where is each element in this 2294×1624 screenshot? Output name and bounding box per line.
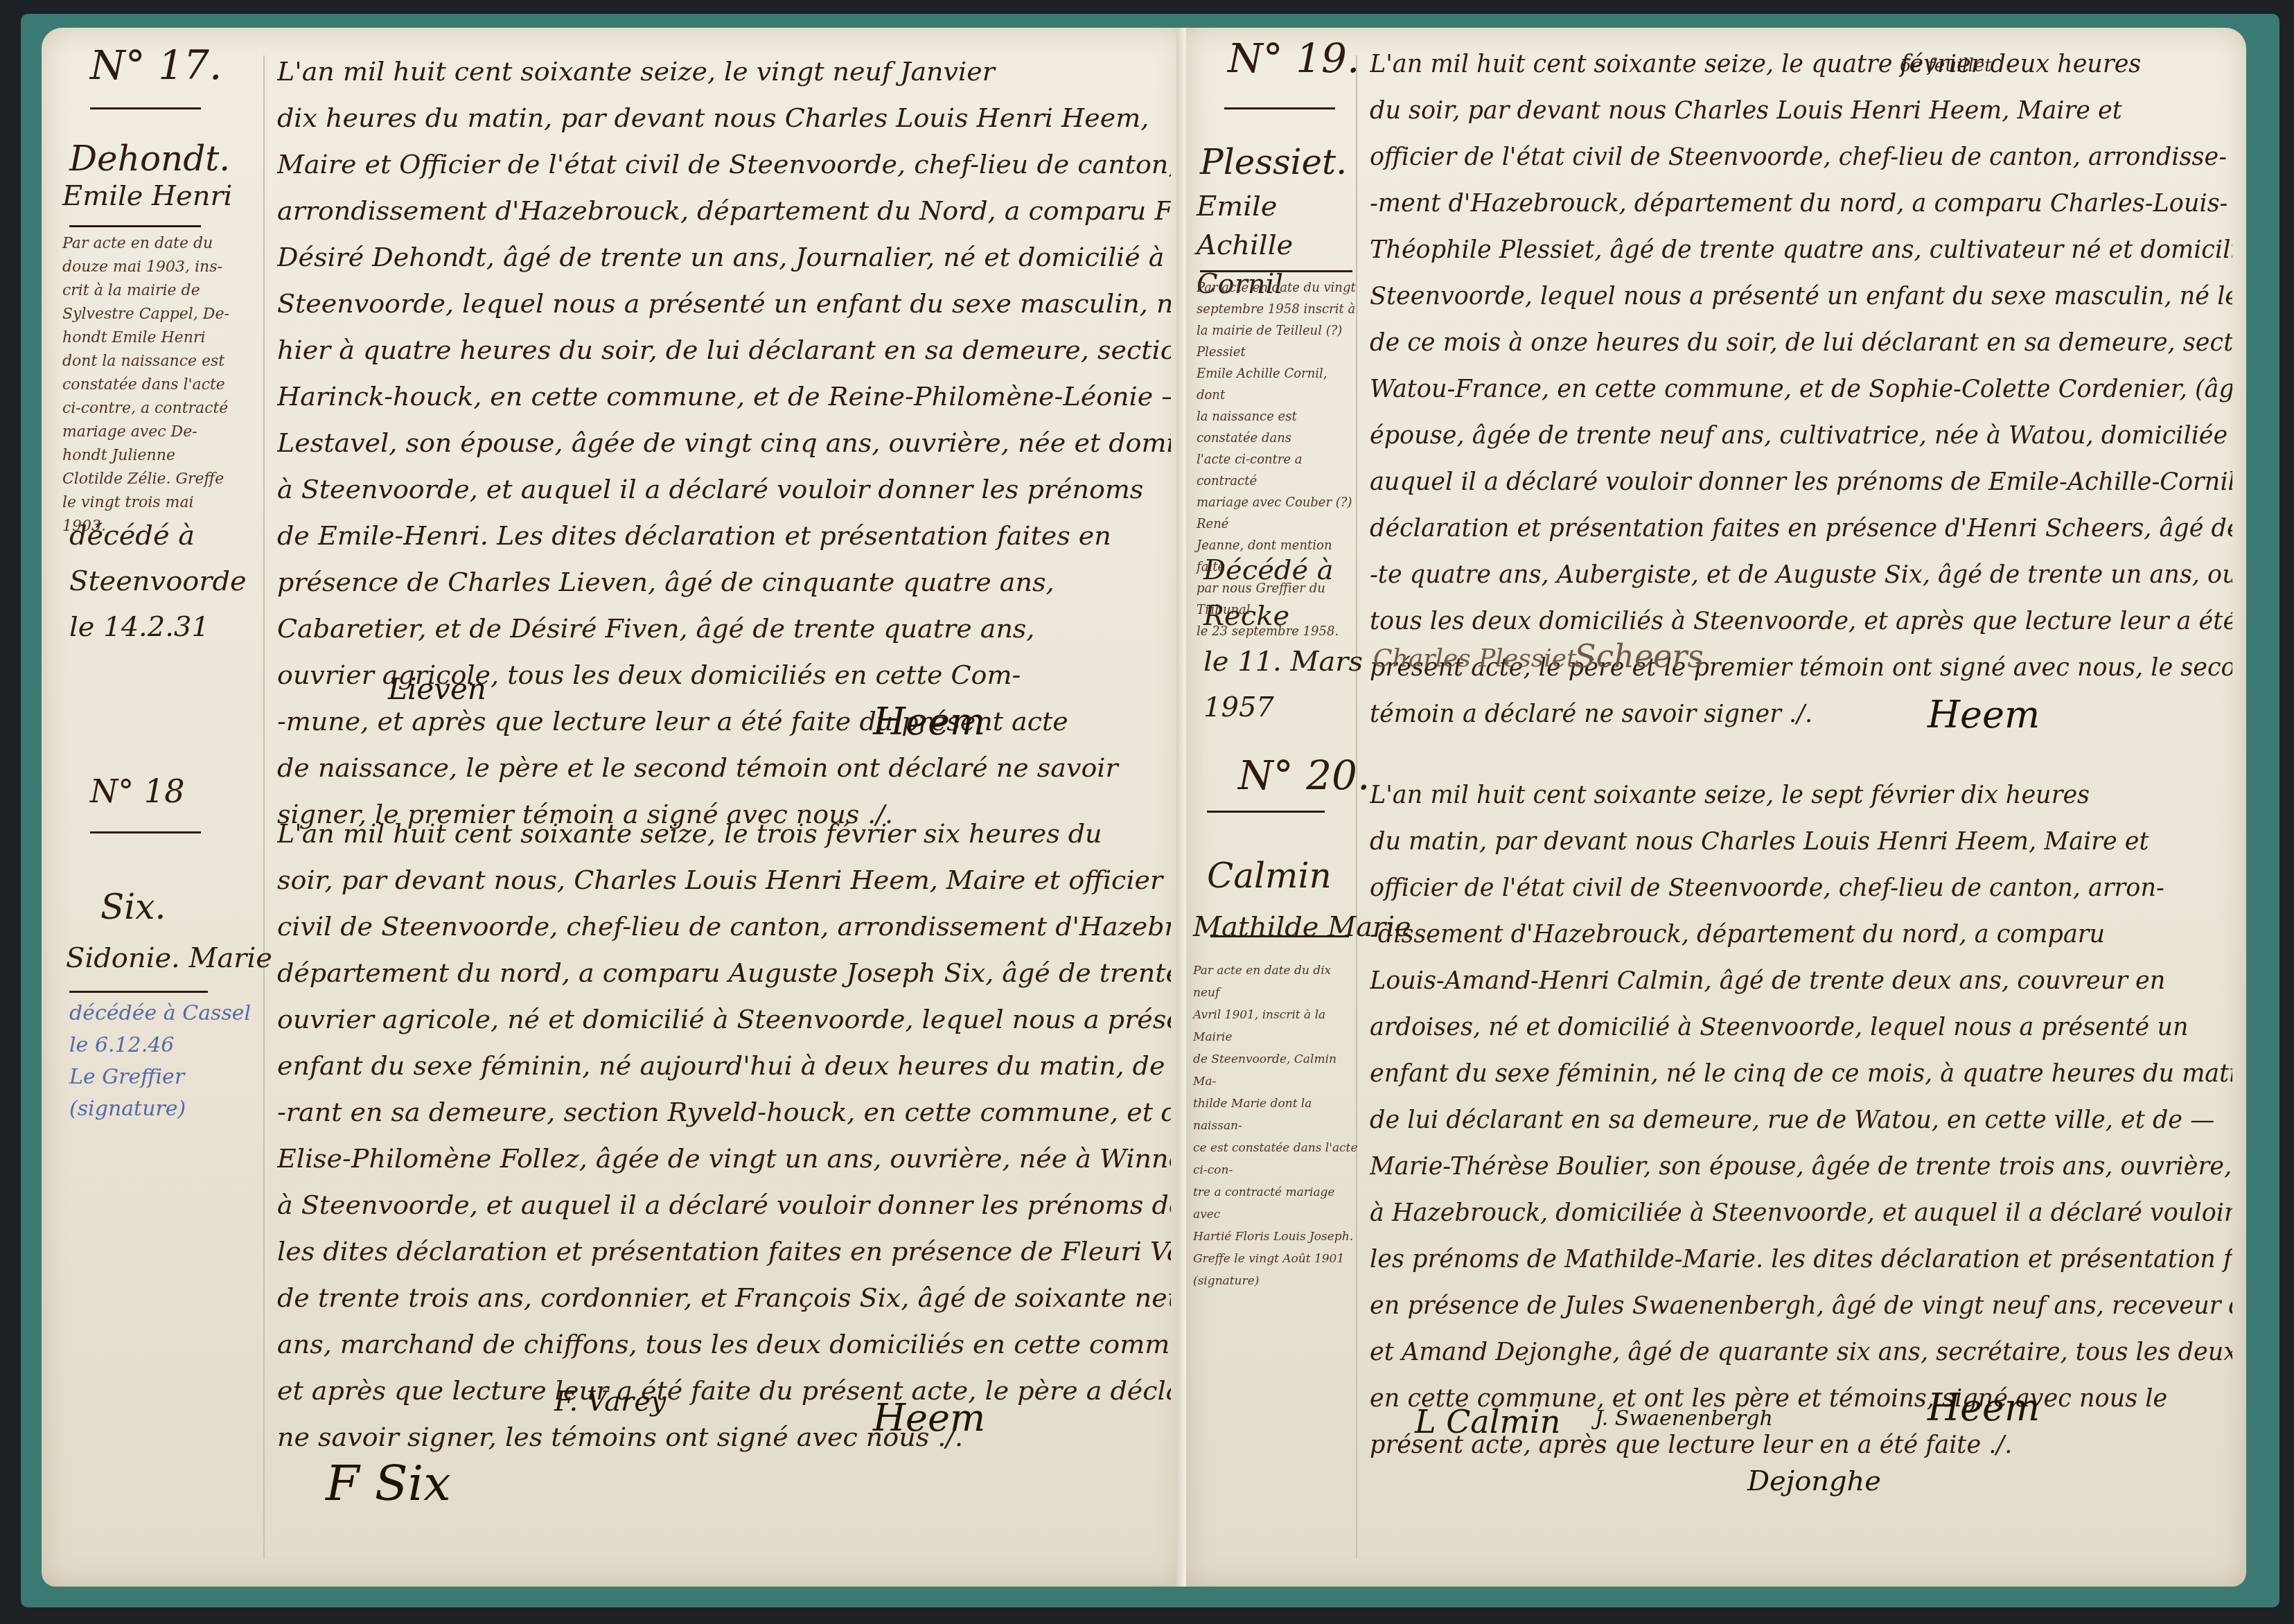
- text-line: tous les deux domiciliés à Steenvoorde, …: [1370, 599, 2232, 645]
- signature-father: Charles Plessiet: [1373, 644, 1576, 673]
- entry-20-text: L'an mil huit cent soixante seize, le se…: [1370, 773, 2232, 1469]
- signature-father: L Calmin: [1415, 1403, 1560, 1440]
- note-line: mariage avec Couber (?) René: [1197, 492, 1356, 535]
- note-line: Clotilde Zélie. Greffe: [62, 468, 249, 491]
- entry-surname: Dehondt.: [69, 139, 230, 179]
- text-line: à Hazebrouck, domiciliée à Steenvoorde, …: [1370, 1190, 2232, 1237]
- text-line: Cabaretier, et de Désiré Fiven, âgé de t…: [277, 606, 1171, 652]
- text-line: Lestavel, son épouse, âgée de vingt cinq…: [277, 420, 1171, 466]
- note-line: la naissance est constatée dans: [1197, 406, 1356, 449]
- note-line: le vingt trois mai: [62, 491, 249, 515]
- text-line: Watou-France, en cette commune, et de So…: [1370, 367, 2232, 413]
- entry-surname: Plessiet.: [1200, 142, 1347, 182]
- marginal-note: décédée à Cassel le 6.12.46 Le Greffier …: [69, 998, 256, 1125]
- note-line: hondt Julienne: [62, 444, 249, 468]
- divider: [90, 107, 201, 109]
- note-line: Par acte en date du: [62, 232, 249, 256]
- note-line: constatée dans l'acte: [62, 373, 249, 397]
- divider: [1224, 107, 1335, 109]
- text-line: du matin, par devant nous Charles Louis …: [1370, 819, 2232, 865]
- text-line: à Steenvoorde, et auquel il a déclaré vo…: [277, 466, 1171, 513]
- text-line: de lui déclarant en sa demeure, rue de W…: [1370, 1097, 2232, 1144]
- text-line: en présence de Jules Swaenenbergh, âgé d…: [1370, 1283, 2232, 1330]
- note-line: Greffe le vingt Août 1901: [1193, 1248, 1359, 1270]
- text-line: arrondissement d'Hazebrouck, département…: [277, 188, 1171, 234]
- death-note: Décédé à Recke le 11. Mars 1957: [1203, 547, 1363, 730]
- text-line: de ce mois à onze heures du soir, de lui…: [1370, 320, 2232, 367]
- death-line: 1957: [1203, 685, 1363, 730]
- signature-mayor: Heem: [873, 700, 985, 743]
- entry-number: N° 20.: [1238, 752, 1370, 799]
- note-line: Hartié Floris Louis Joseph.: [1193, 1226, 1359, 1248]
- text-line: ans, marchand de chiffons, tous les deux…: [277, 1321, 1171, 1368]
- text-line: Harinck-houck, en cette commune, et de R…: [277, 373, 1171, 420]
- text-line: et Amand Dejonghe, âgé de quarante six a…: [1370, 1330, 2232, 1376]
- note-line: ce est constatée dans l'acte ci-con-: [1193, 1137, 1359, 1181]
- text-line: -rant en sa demeure, section Ryveld-houc…: [277, 1089, 1171, 1136]
- text-line: L'an mil huit cent soixante seize, le tr…: [277, 811, 1171, 857]
- divider: [1200, 270, 1352, 272]
- note-line: hondt Emile Henri: [62, 326, 249, 350]
- entry-18-text: L'an mil huit cent soixante seize, le tr…: [277, 811, 1171, 1460]
- note-line: Avril 1901, inscrit à la Mairie: [1193, 1004, 1359, 1048]
- text-line: officier de l'état civil de Steenvoorde,…: [1370, 134, 2232, 181]
- divider: [69, 225, 201, 227]
- marginal-note: Par acte en date du dix neuf Avril 1901,…: [1193, 960, 1359, 1292]
- text-line: -te quatre ans, Aubergiste, et de August…: [1370, 552, 2232, 599]
- divider: [90, 831, 201, 833]
- text-line: Louis-Amand-Henri Calmin, âgé de trente …: [1370, 958, 2232, 1005]
- text-line: témoin a déclaré ne savoir signer ./.: [1370, 691, 2232, 738]
- text-line: Maire et Officier de l'état civil de Ste…: [277, 141, 1171, 188]
- text-line: à Steenvoorde, et auquel il a déclaré vo…: [277, 1182, 1171, 1228]
- death-line: Recke: [1203, 593, 1363, 639]
- text-line: Steenvoorde, lequel nous a présenté un e…: [1370, 274, 2232, 320]
- margin-rule: [1356, 55, 1357, 1559]
- signature-witness: Dejonghe: [1747, 1465, 1881, 1497]
- note-line: crit à la mairie de: [62, 279, 249, 303]
- text-line: de naissance, le père et le second témoi…: [277, 745, 1171, 791]
- signature-mayor: Heem: [1927, 1386, 2040, 1429]
- text-line: Marie-Thérèse Boulier, son épouse, âgée …: [1370, 1144, 2232, 1190]
- entry-given-names: Sidonie. Marie: [66, 942, 272, 974]
- entry-number: N° 19.: [1228, 35, 1359, 82]
- text-line: -ment d'Hazebrouck, département du nord,…: [1370, 181, 2232, 227]
- signature-witness: F Six: [326, 1455, 451, 1512]
- text-line: civil de Steenvoorde, chef-lieu de canto…: [277, 903, 1171, 950]
- death-line: le 11. Mars: [1203, 639, 1363, 685]
- left-page: N° 17. Dehondt. Emile Henri Par acte en …: [42, 28, 1185, 1587]
- note-line: l'acte ci-contre a contracté: [1197, 449, 1356, 492]
- death-line: Décédé à: [1203, 547, 1363, 593]
- note-line: Par acte en date du dix neuf: [1193, 960, 1359, 1004]
- note-line: la mairie de Teilleul (?) Plessiet: [1197, 320, 1356, 363]
- text-line: Théophile Plessiet, âgé de trente quatre…: [1370, 227, 2232, 274]
- text-line: -dissement d'Hazebrouck, département du …: [1370, 912, 2232, 958]
- entry-17-text: L'an mil huit cent soixante seize, le vi…: [277, 48, 1171, 838]
- death-line: le 14.2.31: [69, 604, 247, 650]
- note-line: Le Greffier: [69, 1061, 256, 1093]
- signature-witness: Scheers: [1574, 637, 1704, 675]
- note-line: (signature): [1193, 1270, 1359, 1292]
- note-line: tre a contracté mariage avec: [1193, 1181, 1359, 1226]
- entry-17: N° 17.: [90, 42, 222, 89]
- text-line: épouse, âgée de trente neuf ans, cultiva…: [1370, 413, 2232, 459]
- text-line: présence de Charles Lieven, âgé de cinqu…: [277, 559, 1171, 606]
- note-line: décédée à Cassel: [69, 998, 256, 1030]
- signature-witness: Lieven: [388, 672, 486, 706]
- note-line: (signature): [69, 1093, 256, 1125]
- text-line: Elise-Philomène Follez, âgée de vingt un…: [277, 1136, 1171, 1182]
- text-line: de trente trois ans, cordonnier, et Fran…: [277, 1275, 1171, 1321]
- right-page: 6e feuillet N° 19. Plessiet. Emile Achil…: [1186, 28, 2246, 1587]
- signature-witness: J. Swaenenbergh: [1595, 1406, 1773, 1431]
- text-line: L'an mil huit cent soixante seize, le se…: [1370, 773, 2232, 819]
- text-line: dix heures du matin, par devant nous Cha…: [277, 95, 1171, 141]
- note-line: Sylvestre Cappel, De-: [62, 303, 249, 326]
- text-line: enfant du sexe féminin, né aujourd'hui à…: [277, 1043, 1171, 1089]
- note-line: mariage avec De-: [62, 421, 249, 444]
- text-line: ouvrier agricole, né et domicilié à Stee…: [277, 996, 1171, 1043]
- text-line: soir, par devant nous, Charles Louis Hen…: [277, 857, 1171, 903]
- margin-rule: [263, 55, 265, 1559]
- note-line: de Steenvoorde, Calmin Ma-: [1193, 1048, 1359, 1093]
- entry-19-text: L'an mil huit cent soixante seize, le qu…: [1370, 42, 2232, 738]
- note-line: le 6.12.46: [69, 1030, 256, 1061]
- text-line: auquel il a déclaré vouloir donner les p…: [1370, 459, 2232, 506]
- entry-given-names: Emile Henri: [62, 180, 232, 212]
- note-line: thilde Marie dont la naissan-: [1193, 1093, 1359, 1137]
- note-line: Par acte en date du vingt: [1197, 277, 1356, 299]
- note-line: ci-contre, a contracté: [62, 397, 249, 421]
- entry-surname: Calmin: [1207, 856, 1332, 896]
- death-line: décédé à: [69, 513, 247, 558]
- signature-mayor: Heem: [1927, 693, 2040, 736]
- entry-number: N° 17.: [90, 42, 222, 89]
- text-line: enfant du sexe féminin, né le cinq de ce…: [1370, 1051, 2232, 1097]
- text-line: L'an mil huit cent soixante seize, le vi…: [277, 48, 1171, 95]
- text-line: Steenvoorde, lequel nous a présenté un e…: [277, 281, 1171, 327]
- divider: [1207, 811, 1325, 813]
- text-line: et après que lecture leur a été faite du…: [277, 1368, 1171, 1414]
- text-line: ardoises, né et domicilié à Steenvoorde,…: [1370, 1005, 2232, 1051]
- text-line: de Emile-Henri. Les dites déclaration et…: [277, 513, 1171, 559]
- entry-surname: Six.: [100, 887, 166, 927]
- text-line: déclaration et présentation faites en pr…: [1370, 506, 2232, 552]
- signature-witness: F. Varey: [554, 1386, 666, 1418]
- text-line: hier à quatre heures du soir, de lui déc…: [277, 327, 1171, 373]
- text-line: les dites déclaration et présentation fa…: [277, 1228, 1171, 1275]
- text-line: officier de l'état civil de Steenvoorde,…: [1370, 865, 2232, 912]
- text-line: ne savoir signer, les témoins ont signé …: [277, 1414, 1171, 1460]
- death-line: Steenvoorde: [69, 558, 247, 604]
- text-line: les prénoms de Mathilde-Marie. les dites…: [1370, 1237, 2232, 1283]
- note-line: douze mai 1903, ins-: [62, 256, 249, 279]
- signature-mayor: Heem: [873, 1396, 985, 1440]
- entry-number: N° 18: [90, 773, 184, 810]
- divider: [69, 991, 208, 993]
- text-line: L'an mil huit cent soixante seize, le qu…: [1370, 42, 2232, 88]
- note-line: dont la naissance est: [62, 350, 249, 373]
- divider: [1210, 935, 1349, 937]
- note-line: Emile Achille Cornil, dont: [1197, 363, 1356, 406]
- marginal-note: Par acte en date du douze mai 1903, ins-…: [62, 232, 249, 538]
- text-line: du soir, par devant nous Charles Louis H…: [1370, 88, 2232, 134]
- text-line: Désiré Dehondt, âgé de trente un ans, Jo…: [277, 234, 1171, 281]
- death-note: décédé à Steenvoorde le 14.2.31: [69, 513, 247, 650]
- text-line: département du nord, a comparu Auguste J…: [277, 950, 1171, 996]
- note-line: septembre 1958 inscrit à: [1197, 299, 1356, 320]
